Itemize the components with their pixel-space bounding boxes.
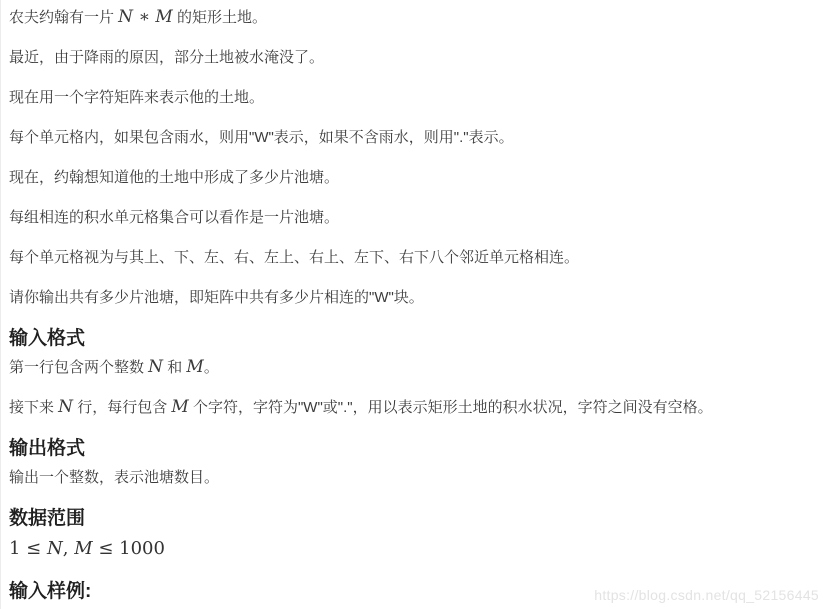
math-var-m: M: [74, 538, 92, 559]
heading-input-format: 输入格式: [9, 327, 823, 350]
paragraph-text: 行，每行包含: [73, 399, 171, 416]
heading-output-format: 输出格式: [9, 437, 823, 460]
input-format-line-2: 接下来 N 行，每行包含 M 个字符，字符为"W"或"."，用以表示矩形土地的积…: [9, 397, 823, 418]
paragraph-text: 和: [163, 359, 186, 376]
problem-paragraph-question: 现在，约翰想知道他的土地中形成了多少片池塘。: [9, 167, 823, 188]
math-text: ,: [63, 538, 74, 559]
problem-paragraph-matrix: 现在用一个字符矩阵来表示他的土地。: [9, 87, 823, 108]
problem-paragraph-cell-symbols: 每个单元格内，如果包含雨水，则用"W"表示，如果不含雨水，则用"."表示。: [9, 127, 823, 148]
problem-paragraph-intro: 农夫约翰有一片 N ∗ M 的矩形土地。: [9, 7, 823, 28]
paragraph-text: 个字符，字符为"W"或"."，用以表示矩形土地的积水状况，字符之间没有空格。: [189, 399, 713, 416]
paragraph-text: 农夫约翰有一片: [9, 9, 118, 26]
input-format-line-1: 第一行包含两个整数 N 和 M。: [9, 357, 823, 378]
heading-data-range: 数据范围: [9, 507, 823, 530]
paragraph-text: 的矩形土地。: [173, 9, 267, 26]
math-var-m: M: [186, 357, 203, 377]
data-range-expression: 1 ≤ N, M ≤ 1000: [9, 537, 823, 561]
problem-paragraph-pond-definition: 每组相连的积水单元格集合可以看作是一片池塘。: [9, 207, 823, 228]
output-format-line: 输出一个整数，表示池塘数目。: [9, 467, 823, 488]
problem-statement-page: 农夫约翰有一片 N ∗ M 的矩形土地。 最近，由于降雨的原因，部分土地被水淹没…: [0, 0, 823, 609]
watermark: https://blog.csdn.net/qq_52156445: [594, 587, 819, 603]
math-var-n: N: [148, 357, 163, 377]
paragraph-text: 接下来: [9, 399, 58, 416]
paragraph-text: 第一行包含两个整数: [9, 359, 148, 376]
math-var-m: M: [171, 397, 188, 417]
problem-paragraph-task: 请你输出共有多少片池塘，即矩阵中共有多少片相连的"W"块。: [9, 287, 823, 308]
paragraph-text: 。: [204, 359, 219, 376]
problem-paragraph-rain: 最近，由于降雨的原因，部分土地被水淹没了。: [9, 47, 823, 68]
math-text: 1 ≤: [9, 538, 47, 559]
math-expression-nm: N ∗ M: [118, 7, 173, 27]
math-text: ≤ 1000: [93, 538, 165, 559]
problem-paragraph-connectivity: 每个单元格视为与其上、下、左、右、左上、右上、左下、右下八个邻近单元格相连。: [9, 247, 823, 268]
math-var-n: N: [58, 397, 73, 417]
math-var-n: N: [47, 538, 63, 559]
